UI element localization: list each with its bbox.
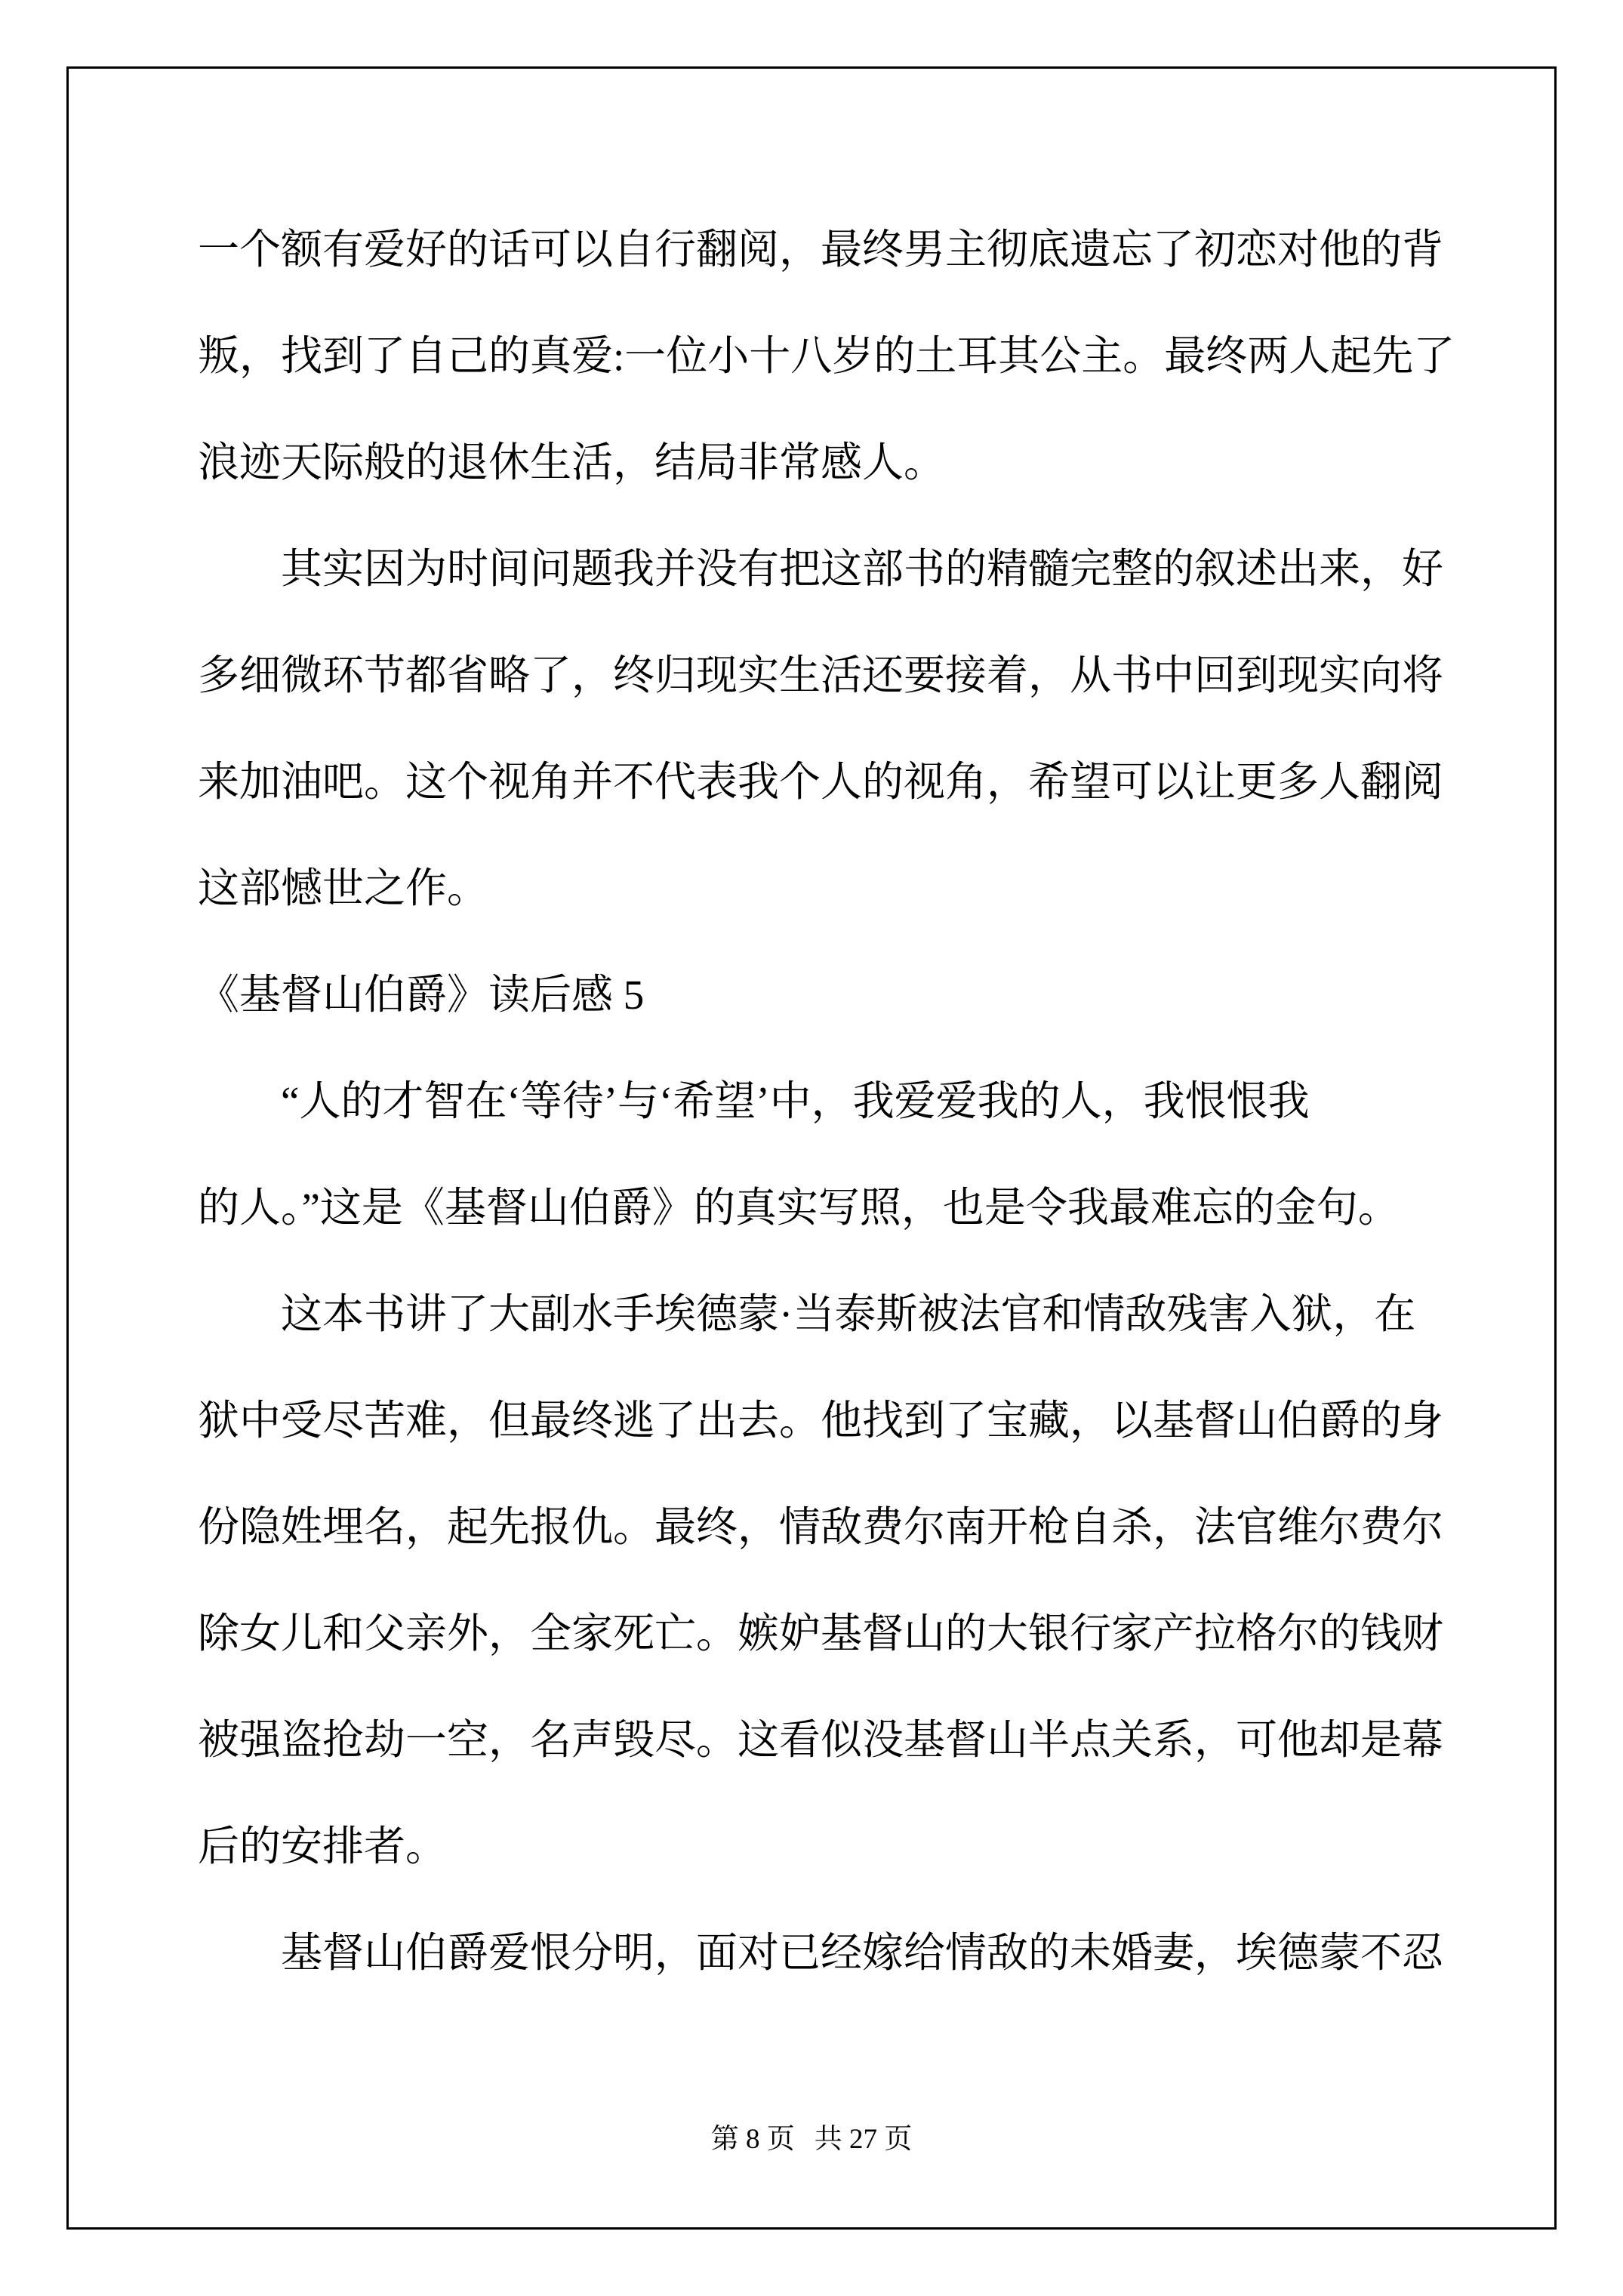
page-footer: 第 8 页共 27 页 bbox=[0, 2123, 1623, 2156]
text-line: 来加油吧。这个视角并不代表我个人的视角，希望可以让更多人翻阅 bbox=[198, 729, 1481, 835]
text-line: 《基督山伯爵》读后感 5 bbox=[198, 942, 1481, 1048]
text-line: 除女儿和父亲外，全家死亡。嫉妒基督山的大银行家产拉格尔的钱财 bbox=[198, 1580, 1481, 1687]
text-line: 叛，找到了自己的真爱:一位小十八岁的土耳其公主。最终两人起先了 bbox=[198, 303, 1481, 409]
page-number-total: 共 27 页 bbox=[815, 2124, 913, 2155]
text-line: 基督山伯爵爱恨分明，面对已经嫁给情敌的未婚妻，埃德蒙不忍 bbox=[198, 1900, 1481, 2006]
text-line: 的人。”这是《基督山伯爵》的真实写照，也是令我最难忘的金句。 bbox=[198, 1154, 1481, 1261]
text-line: 多细微环节都省略了，终归现实生活还要接着，从书中回到现实向将 bbox=[198, 622, 1481, 729]
text-line: 这部憾世之作。 bbox=[198, 835, 1481, 942]
text-line: 其实因为时间问题我并没有把这部书的精髓完整的叙述出来，好 bbox=[198, 516, 1481, 622]
text-line: “人的才智在‘等待’与‘希望’中，我爱爱我的人，我恨恨我 bbox=[198, 1048, 1481, 1154]
text-line: 浪迹天际般的退休生活，结局非常感人。 bbox=[198, 409, 1481, 516]
text-line: 被强盗抢劫一空，名声毁尽。这看似没基督山半点关系，可他却是幕 bbox=[198, 1687, 1481, 1793]
text-line: 份隐姓埋名，起先报仇。最终，情敌费尔南开枪自杀，法官维尔费尔 bbox=[198, 1474, 1481, 1580]
page-number-current: 第 8 页 bbox=[711, 2124, 795, 2155]
text-line: 一个额有爱好的话可以自行翻阅，最终男主彻底遗忘了初恋对他的背 bbox=[198, 196, 1481, 303]
text-line: 狱中受尽苦难，但最终逃了出去。他找到了宝藏，以基督山伯爵的身 bbox=[198, 1367, 1481, 1474]
document-body: 一个额有爱好的话可以自行翻阅，最终男主彻底遗忘了初恋对他的背叛，找到了自己的真爱… bbox=[198, 196, 1481, 2006]
text-line: 这本书讲了大副水手埃德蒙·当泰斯被法官和情敌残害入狱，在 bbox=[198, 1261, 1481, 1367]
text-line: 后的安排者。 bbox=[198, 1793, 1481, 1900]
document-page: 一个额有爱好的话可以自行翻阅，最终男主彻底遗忘了初恋对他的背叛，找到了自己的真爱… bbox=[0, 0, 1623, 2296]
